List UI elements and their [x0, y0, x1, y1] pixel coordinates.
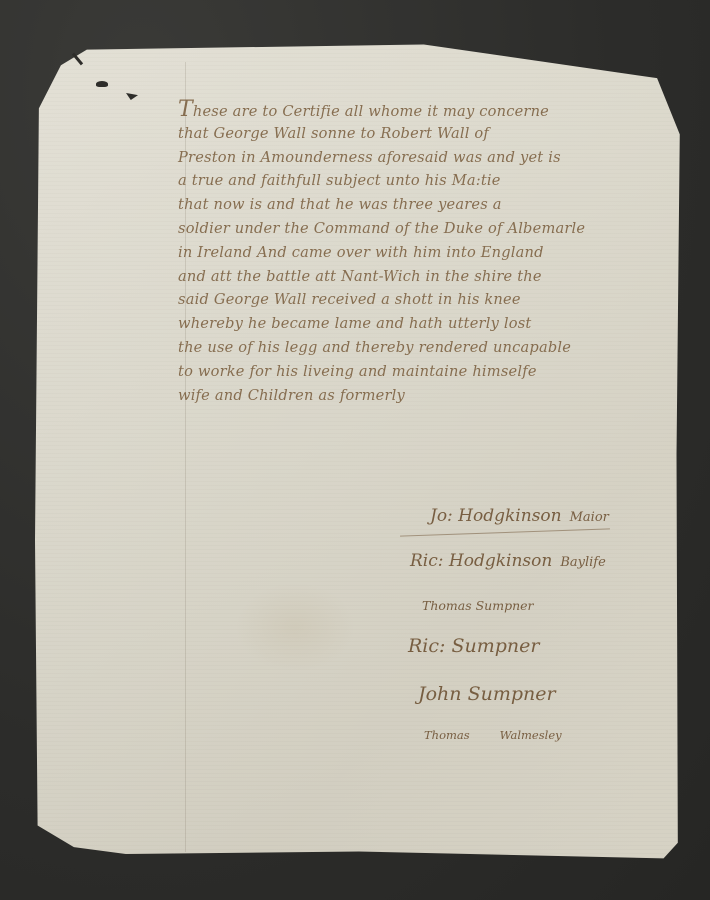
signature-mayor: Jo: HodgkinsonMaior: [430, 506, 609, 526]
body-line: whereby he became lame and hath utterly …: [178, 312, 678, 336]
signature-title: Baylife: [560, 555, 605, 570]
body-line: soldier under the Command of the Duke of…: [178, 217, 678, 241]
body-line: said George Wall received a shott in his…: [178, 288, 678, 312]
signature-thomas-sumpner: Thomas Sumpner: [422, 598, 534, 613]
body-line: that George Wall sonne to Robert Wall of: [178, 122, 678, 146]
footer-mark: Thomas: [424, 728, 470, 742]
body-line: a true and faithfull subject unto his Ma…: [178, 169, 678, 193]
footer-marks: ThomasWalmesley: [424, 728, 562, 742]
body-line: that now is and that he was three yeares…: [178, 193, 678, 217]
paper-hole: [96, 81, 108, 87]
signature-title: Maior: [570, 510, 609, 525]
signature-john-sumpner: John Sumpner: [418, 683, 556, 705]
footer-mark: Walmesley: [500, 728, 562, 742]
body-line: These are to Certifie all whome it may c…: [178, 98, 678, 122]
signature-name: Ric: Sumpner: [408, 635, 539, 657]
body-line: to worke for his liveing and maintaine h…: [178, 360, 678, 384]
paper-stain: [235, 582, 355, 672]
body-line: and att the battle att Nant-Wich in the …: [178, 265, 678, 289]
signature-name: Ric: Hodgkinson: [410, 551, 552, 571]
signature-name: John Sumpner: [418, 683, 556, 705]
body-line: the use of his legg and thereby rendered…: [178, 336, 678, 360]
signature-name: Thomas Sumpner: [422, 598, 534, 613]
body-line: in Ireland And came over with him into E…: [178, 241, 678, 265]
signature-name: Jo: Hodgkinson: [430, 506, 562, 526]
signature-bailiff: Ric: HodgkinsonBaylife: [410, 551, 606, 571]
body-line: wife and Children as formerly: [178, 384, 678, 408]
body-line: Preston in Amounderness aforesaid was an…: [178, 146, 678, 170]
certificate-body: These are to Certifie all whome it may c…: [178, 98, 678, 407]
signature-ric-sumpner: Ric: Sumpner: [408, 635, 539, 657]
